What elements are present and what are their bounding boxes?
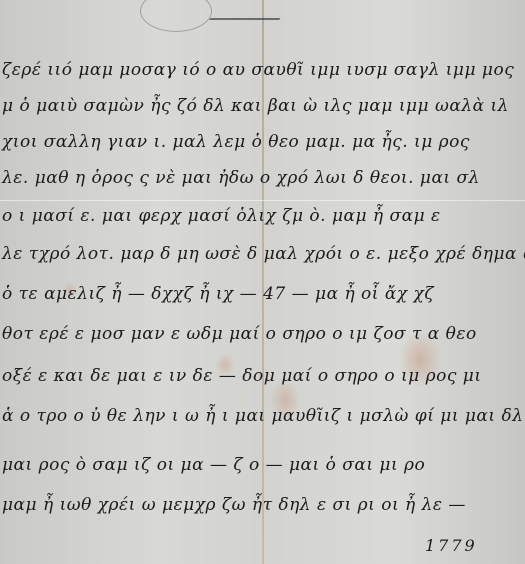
manuscript-line: ζερέ ιιό μαμ μοσαγ ιό ο αυ σαυθι̃ ιμμ ιυ… bbox=[2, 60, 514, 80]
top-sketch-stroke bbox=[209, 0, 291, 20]
manuscript-line: ἁ ο τρο ο ὐ θε λην ι ω ἦ ι μαι μαυθι̃ιζ … bbox=[2, 406, 524, 426]
manuscript-line: μ ὁ μαιὺ σαμὼν ἦς ζό δλ και βαι ὼ ιλς μα… bbox=[2, 96, 509, 116]
manuscript-line: μαμ ἦ ιωθ χρέι ω μεμχρ ζω ἦτ δηλ ε σι ρι… bbox=[2, 495, 466, 515]
manuscript-line: οξέ ε και δε μαι ε ιν δε — δομ μαί ο σηρ… bbox=[2, 366, 482, 386]
manuscript-line: λε. μαθ η ὁρος ς νὲ μαι ἠδω ο χρό λωι δ … bbox=[2, 168, 480, 188]
manuscript-line: λε τχρό λοτ. μαρ δ μη ωσὲ δ μαλ χρόι ο ε… bbox=[2, 244, 525, 264]
manuscript-date: 1779 bbox=[425, 536, 478, 555]
manuscript-line: θοτ ερέ ε μοσ μαν ε ωδμ μαί ο σηρο ο ιμ … bbox=[2, 324, 477, 344]
manuscript-line: ὁ τε αμελιζ ἦ — δχχζ ἦ ιχ — 47 — μα ἦ οἶ… bbox=[2, 284, 434, 304]
manuscript-line: χιοι σαλλη γιαν ι. μαλ λεμ ὁ θεο μαμ. μα… bbox=[2, 132, 470, 152]
manuscript-line: μαι ρος ὸ σαμ ιζ οι μα — ζ ο — μαι ὁ σαι… bbox=[2, 455, 425, 475]
manuscript-line: ο ι μασί ε. μαι φερχ μασί ὁλιχ ζμ ὸ. μαμ… bbox=[2, 206, 441, 226]
vertical-fold-crease bbox=[262, 0, 264, 564]
horizontal-fold-crease bbox=[0, 200, 525, 201]
